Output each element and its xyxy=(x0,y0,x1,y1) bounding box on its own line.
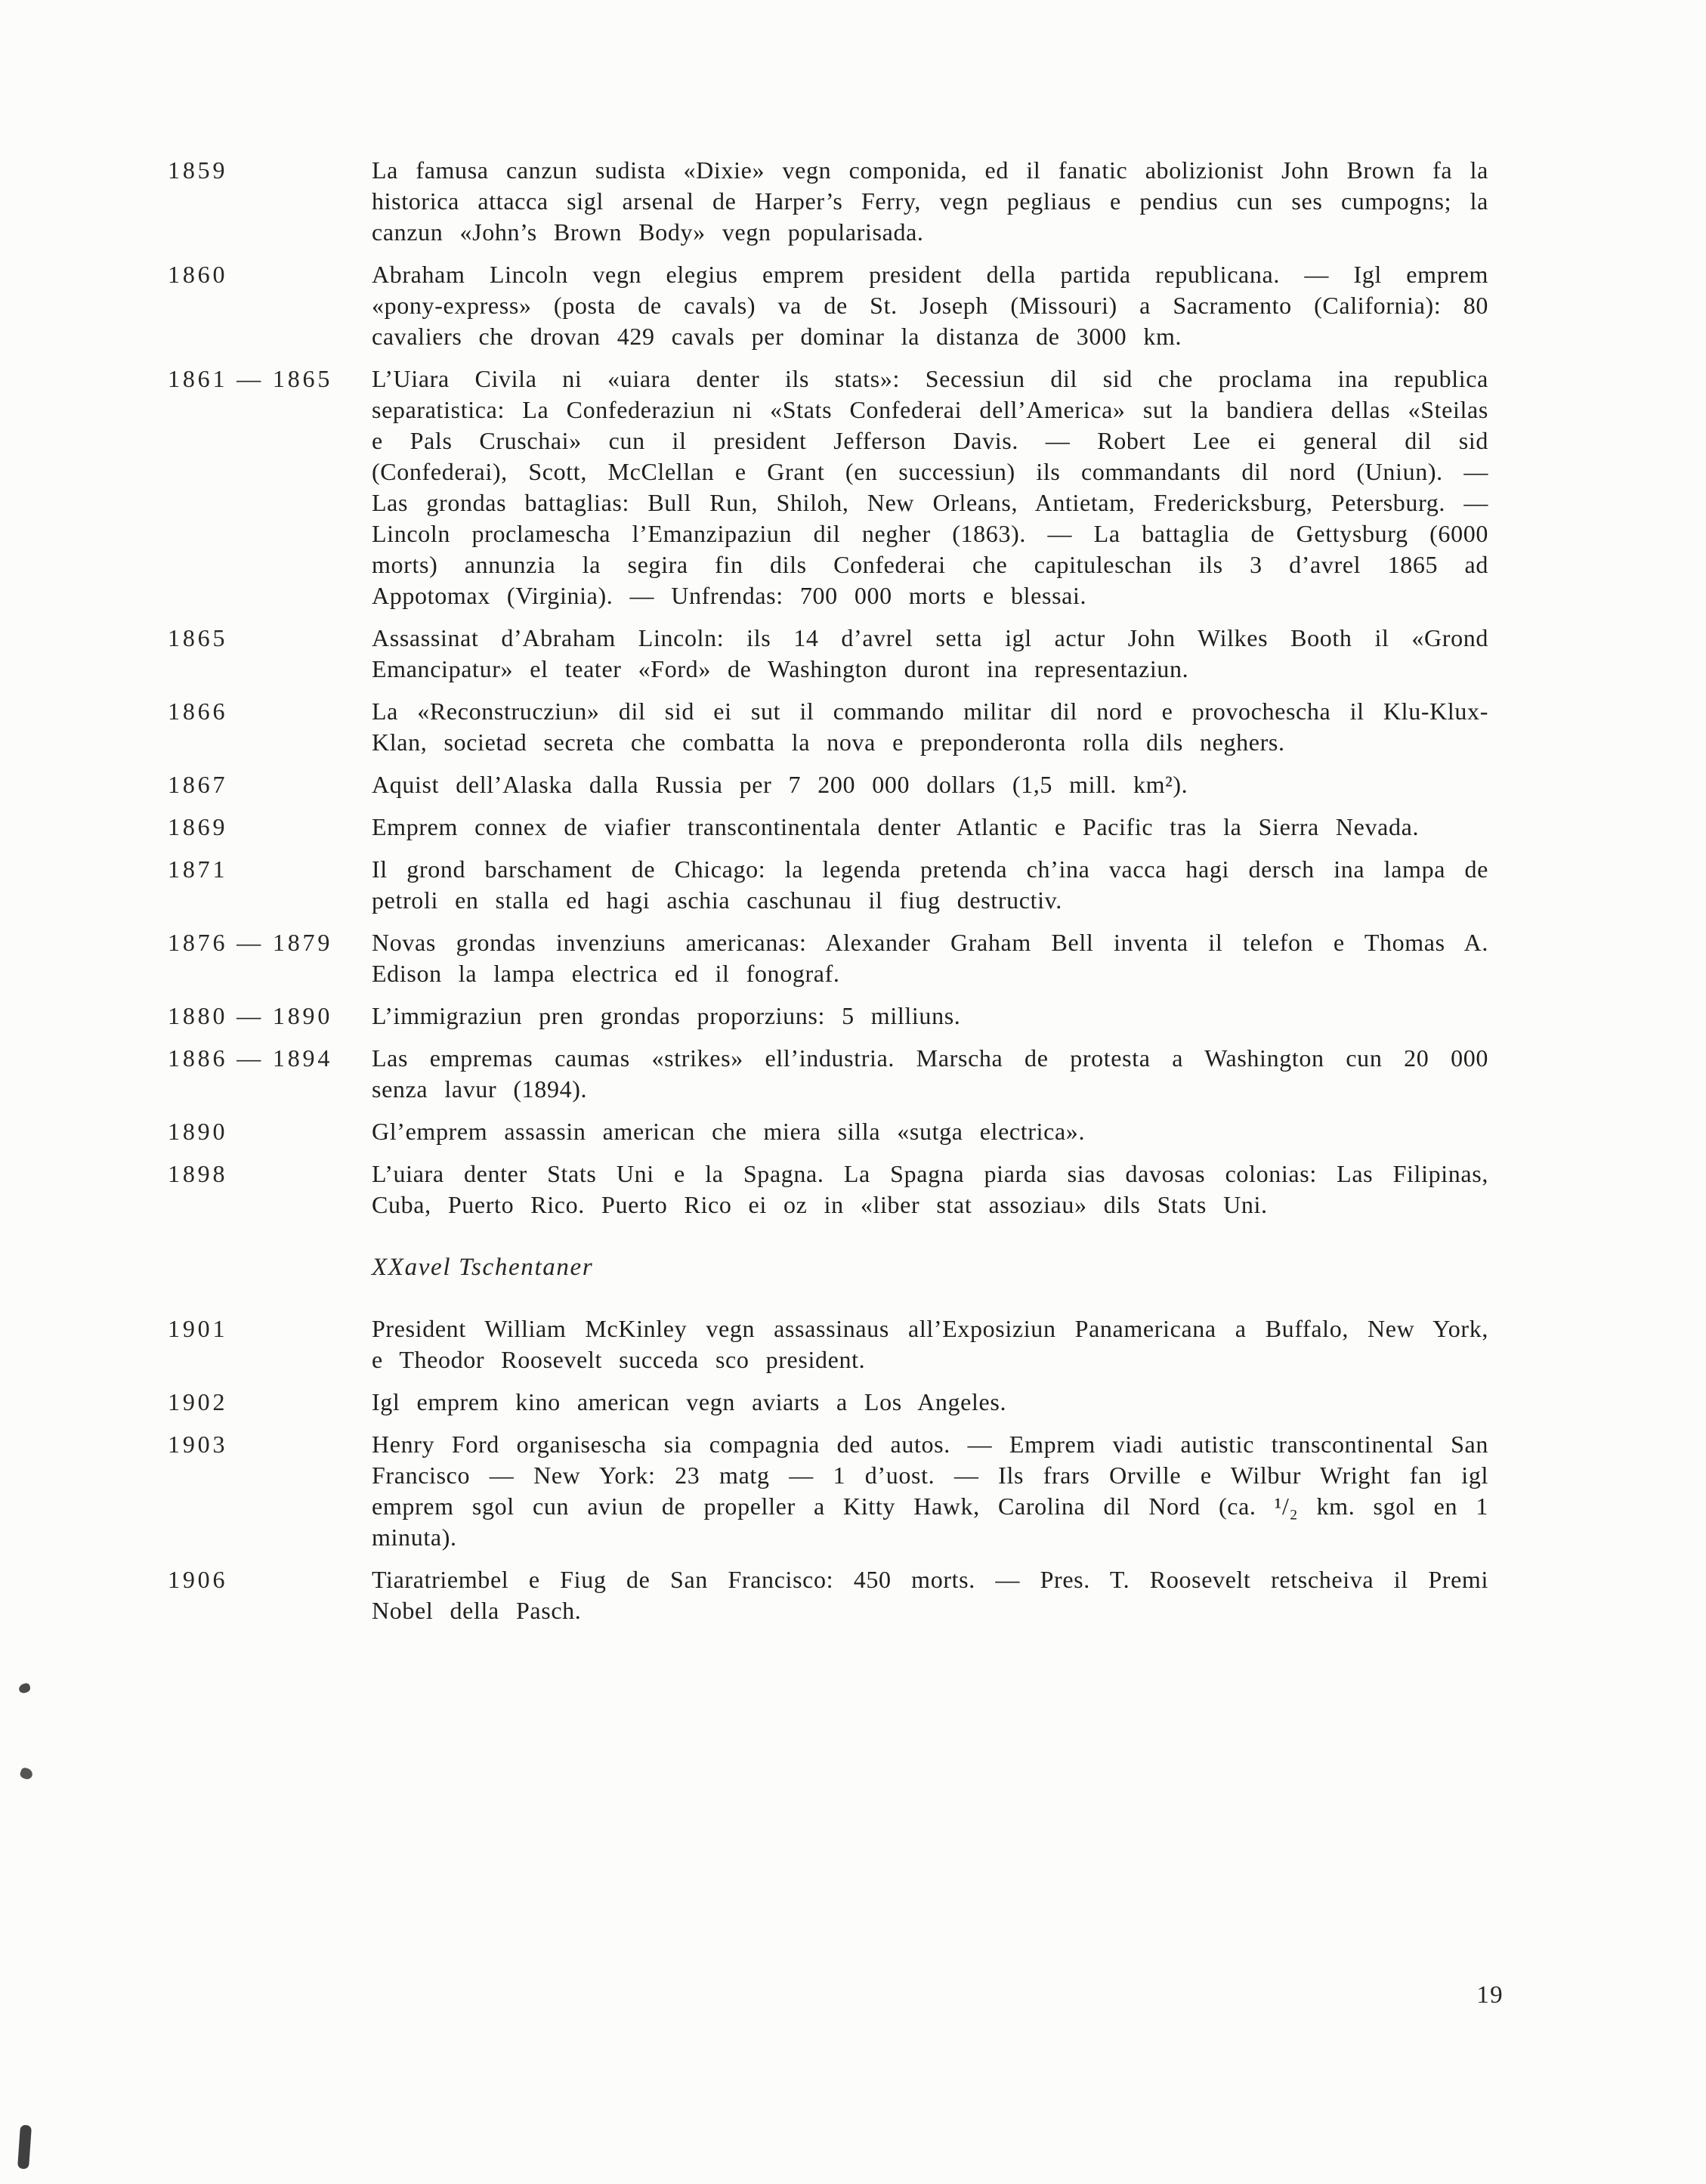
entry-text: Aquist dell’Alaska dalla Russia per 7 20… xyxy=(372,769,1488,800)
entry-date: 1867 xyxy=(168,769,372,800)
entry-text: Novas grondas invenziuns americanas: Ale… xyxy=(372,927,1488,989)
entry-date: 1901 xyxy=(168,1313,372,1344)
entry-date: 1898 xyxy=(168,1159,372,1189)
entry-text: Assassinat d’Abraham Lincoln: ils 14 d’a… xyxy=(372,623,1488,685)
entry-text: Igl emprem kino american vegn aviarts a … xyxy=(372,1387,1488,1418)
timeline-entry: 1860 Abraham Lincoln vegn elegius emprem… xyxy=(168,259,1488,352)
ink-speck-icon xyxy=(19,1767,34,1781)
entry-date: 1859 xyxy=(168,155,372,186)
timeline-entry: 1886 — 1894 Las empremas caumas «strikes… xyxy=(168,1043,1488,1105)
entry-date: 1886 — 1894 xyxy=(168,1043,372,1074)
entry-date: 1906 xyxy=(168,1564,372,1595)
timeline-entry: 1871 Il grond barschament de Chicago: la… xyxy=(168,854,1488,916)
timeline-entry: 1901 President William McKinley vegn ass… xyxy=(168,1313,1488,1375)
entry-date: 1890 xyxy=(168,1116,372,1147)
ink-speck-icon xyxy=(18,1682,32,1694)
timeline-entry: 1906 Tiaratriembel e Fiug de San Francis… xyxy=(168,1564,1488,1626)
entry-text: Gl’emprem assassin american che miera si… xyxy=(372,1116,1488,1147)
entry-text: L’uiara denter Stats Uni e la Spagna. La… xyxy=(372,1159,1488,1220)
entry-date: 1871 xyxy=(168,854,372,885)
timeline-entry: 1876 — 1879 Novas grondas invenziuns ame… xyxy=(168,927,1488,989)
entry-text: Tiaratriembel e Fiug de San Francisco: 4… xyxy=(372,1564,1488,1626)
entry-text: L’immigraziun pren grondas proporziuns: … xyxy=(372,1001,1488,1032)
entry-text: Las empremas caumas «strikes» ell’indust… xyxy=(372,1043,1488,1105)
entry-date: 1861 — 1865 xyxy=(168,363,372,394)
entry-text: La famusa canzun sudista «Dixie» vegn co… xyxy=(372,155,1488,248)
entry-text: President William McKinley vegn assassin… xyxy=(372,1313,1488,1375)
entry-date: 1869 xyxy=(168,812,372,843)
entry-date: 1880 — 1890 xyxy=(168,1001,372,1032)
timeline-entry: 1869 Emprem connex de viafier transconti… xyxy=(168,812,1488,843)
century-heading: XXavel Tschentaner xyxy=(372,1252,1488,1283)
entry-text: L’Uiara Civila ni «uiara denter ils stat… xyxy=(372,363,1488,611)
timeline-entry: 1890 Gl’emprem assassin american che mie… xyxy=(168,1116,1488,1147)
entry-date: 1902 xyxy=(168,1387,372,1418)
entry-date: 1903 xyxy=(168,1429,372,1460)
entry-text: Il grond barschament de Chicago: la lege… xyxy=(372,854,1488,916)
entry-text: Abraham Lincoln vegn elegius emprem pres… xyxy=(372,259,1488,352)
ink-blob-icon xyxy=(17,2125,32,2170)
timeline-entry: 1902 Igl emprem kino american vegn aviar… xyxy=(168,1387,1488,1418)
timeline: 1859 La famusa canzun sudista «Dixie» ve… xyxy=(168,155,1488,1626)
timeline-entry: 1898 L’uiara denter Stats Uni e la Spagn… xyxy=(168,1159,1488,1220)
timeline-entry: 1866 La «Reconstrucziun» dil sid ei sut … xyxy=(168,696,1488,758)
entry-text: La «Reconstrucziun» dil sid ei sut il co… xyxy=(372,696,1488,758)
entry-date: 1860 xyxy=(168,259,372,290)
timeline-entry: 1903 Henry Ford organisescha sia compagn… xyxy=(168,1429,1488,1553)
timeline-entry: 1867 Aquist dell’Alaska dalla Russia per… xyxy=(168,769,1488,800)
entry-date: 1865 xyxy=(168,623,372,654)
timeline-entry: 1859 La famusa canzun sudista «Dixie» ve… xyxy=(168,155,1488,248)
timeline-entry: 1880 — 1890 L’immigraziun pren grondas p… xyxy=(168,1001,1488,1032)
timeline-entry: 1861 — 1865 L’Uiara Civila ni «uiara den… xyxy=(168,363,1488,611)
page-number: 19 xyxy=(1476,1981,1504,2009)
entry-date: 1876 — 1879 xyxy=(168,927,372,958)
document-page: 1859 La famusa canzun sudista «Dixie» ve… xyxy=(0,0,1706,2184)
timeline-entry: 1865 Assassinat d’Abraham Lincoln: ils 1… xyxy=(168,623,1488,685)
entry-date: 1866 xyxy=(168,696,372,727)
entry-text: Emprem connex de viafier transcontinenta… xyxy=(372,812,1488,843)
entry-text: Henry Ford organisescha sia compagnia de… xyxy=(372,1429,1488,1553)
